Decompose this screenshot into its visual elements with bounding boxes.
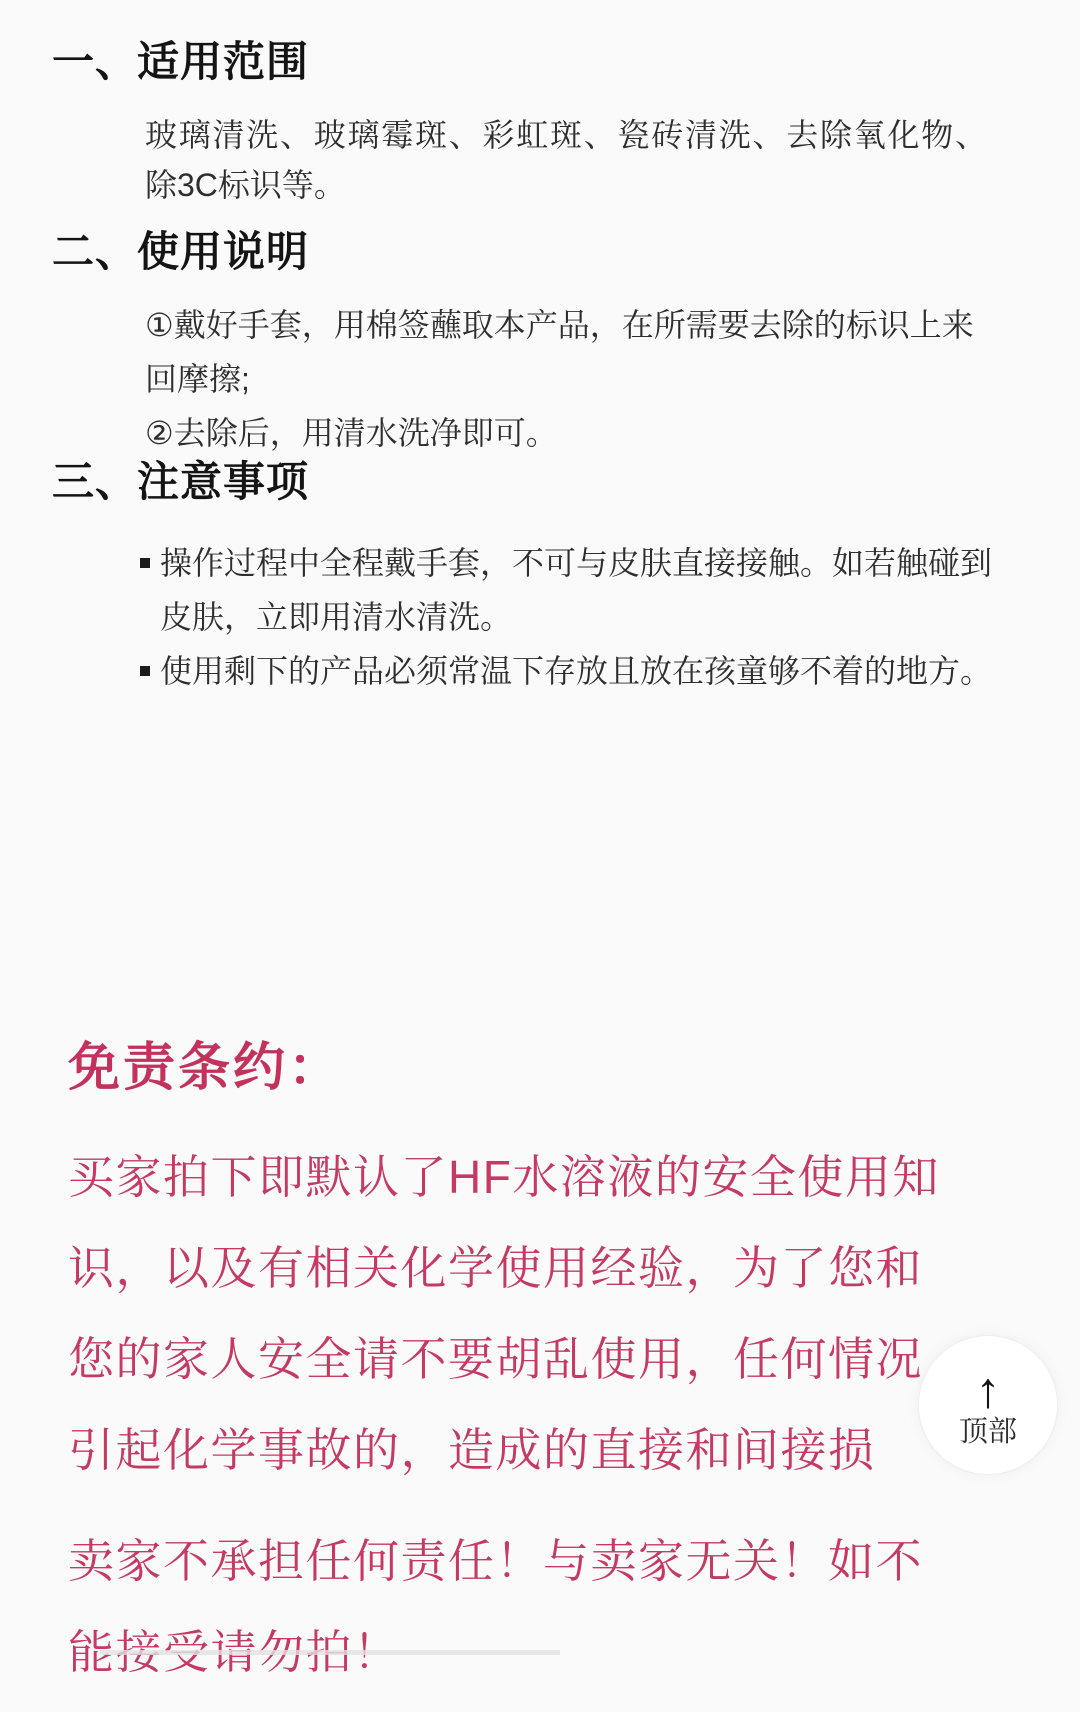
disclaimer-line: 引起化学事故的，造成的直接和间接损 bbox=[68, 1405, 1050, 1496]
section-number: 一、 bbox=[52, 38, 137, 86]
body-line: 回摩擦; bbox=[145, 352, 1040, 406]
list-item-text: 操作过程中全程戴手套，不可与皮肤直接接触。如若触碰到 皮肤，立即用清水清洗。 bbox=[160, 536, 1040, 644]
list-item: 使用剩下的产品必须常温下存放且放在孩童够不着的地方。 bbox=[140, 644, 1040, 698]
up-arrow-icon: ↑ bbox=[976, 1367, 1001, 1413]
section-scope: 一、 适用范围 玻璃清洗、玻璃霉斑、彩虹斑、瓷砖清洗、去除氧化物、 除3C标识等… bbox=[52, 38, 1040, 210]
section-instructions: 二、 使用说明 ①戴好手套，用棉签蘸取本产品，在所需要去除的标识上来 回摩擦; … bbox=[52, 228, 1040, 460]
section-heading: 三、 注意事项 bbox=[52, 458, 1040, 506]
product-description-page: 一、 适用范围 玻璃清洗、玻璃霉斑、彩虹斑、瓷砖清洗、去除氧化物、 除3C标识等… bbox=[0, 0, 1080, 1712]
section-body: 玻璃清洗、玻璃霉斑、彩虹斑、瓷砖清洗、去除氧化物、 除3C标识等。 bbox=[145, 110, 1040, 210]
next-image-edge-artifact bbox=[100, 1650, 560, 1655]
disclaimer-body: 买家拍下即默认了HF水溶液的安全使用知 识，以及有相关化学使用经验，为了您和 您… bbox=[68, 1132, 1050, 1698]
body-line: 皮肤，立即用清水清洗。 bbox=[160, 590, 1040, 644]
back-to-top-label: 顶部 bbox=[959, 1415, 1017, 1449]
precaution-list: 操作过程中全程戴手套，不可与皮肤直接接触。如若触碰到 皮肤，立即用清水清洗。 使… bbox=[140, 536, 1040, 698]
section-number: 二、 bbox=[52, 228, 137, 276]
list-item: 操作过程中全程戴手套，不可与皮肤直接接触。如若触碰到 皮肤，立即用清水清洗。 bbox=[140, 536, 1040, 644]
section-body: ①戴好手套，用棉签蘸取本产品，在所需要去除的标识上来 回摩擦; ②去除后，用清水… bbox=[145, 298, 1040, 460]
section-title: 适用范围 bbox=[137, 38, 309, 86]
body-line: 玻璃清洗、玻璃霉斑、彩虹斑、瓷砖清洗、去除氧化物、 bbox=[145, 110, 987, 160]
body-line: ②去除后，用清水洗净即可。 bbox=[145, 406, 1040, 460]
section-precautions: 三、 注意事项 操作过程中全程戴手套，不可与皮肤直接接触。如若触碰到 皮肤，立即… bbox=[52, 458, 1040, 698]
disclaimer-line: 识，以及有相关化学使用经验，为了您和 bbox=[68, 1223, 1050, 1314]
bullet-square-icon bbox=[140, 666, 150, 676]
section-number: 三、 bbox=[52, 458, 137, 506]
disclaimer-line: 卖家不承担任何责任！与卖家无关！如不 bbox=[68, 1516, 1050, 1607]
disclaimer-title: 免责条约： bbox=[68, 1038, 1050, 1098]
list-item-text: 使用剩下的产品必须常温下存放且放在孩童够不着的地方。 bbox=[160, 644, 1040, 698]
section-heading: 二、 使用说明 bbox=[52, 228, 1040, 276]
body-line: ①戴好手套，用棉签蘸取本产品，在所需要去除的标识上来 bbox=[145, 298, 1040, 352]
disclaimer-line: 买家拍下即默认了HF水溶液的安全使用知 bbox=[68, 1132, 1050, 1223]
disclaimer-line: 您的家人安全请不要胡乱使用，任何情况 bbox=[68, 1314, 1050, 1405]
back-to-top-button[interactable]: ↑ 顶部 bbox=[918, 1335, 1058, 1475]
body-line: 操作过程中全程戴手套，不可与皮肤直接接触。如若触碰到 bbox=[160, 536, 1040, 590]
section-heading: 一、 适用范围 bbox=[52, 38, 1040, 86]
section-title: 注意事项 bbox=[137, 458, 309, 506]
section-title: 使用说明 bbox=[137, 228, 309, 276]
body-line: 除3C标识等。 bbox=[145, 160, 1040, 210]
bullet-square-icon bbox=[140, 558, 150, 568]
body-line: 使用剩下的产品必须常温下存放且放在孩童够不着的地方。 bbox=[160, 644, 1040, 698]
disclaimer-section: 免责条约： 买家拍下即默认了HF水溶液的安全使用知 识，以及有相关化学使用经验，… bbox=[68, 1038, 1050, 1698]
